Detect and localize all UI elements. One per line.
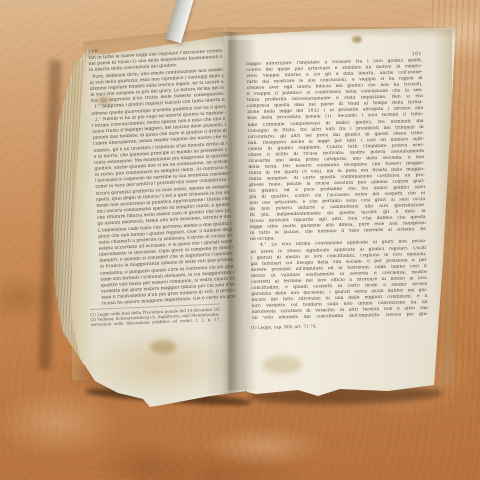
left-page-body: tan in tutte le nuove leggi che regolano…: [88, 49, 235, 308]
right-page-text: 101 raggio autorizzare l'imputato a ricu…: [246, 52, 428, 322]
left-page-text: 100 tan in tutte le nuove leggi che rego…: [88, 43, 236, 308]
book-photo: 100 tan in tutte le nuove leggi che rego…: [0, 0, 480, 480]
right-page-body: raggio autorizzare l'imputato a ricusare…: [246, 58, 428, 322]
